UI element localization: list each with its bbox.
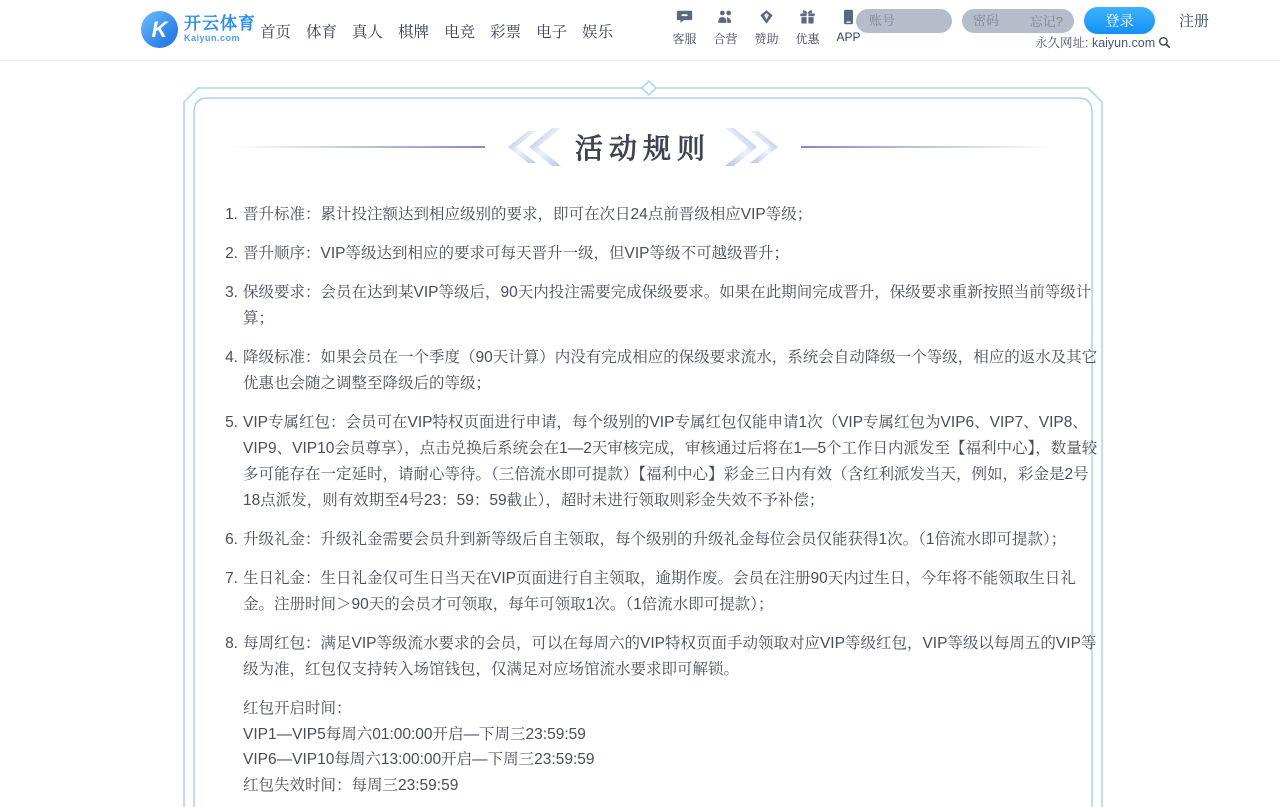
rule-item: 8. 每周红包：满足VIP等级流水要求的会员，可以在每周六的VIP特权页面手动领… xyxy=(218,631,1102,683)
rule-text: 晋升顺序：VIP等级达到相应的要求可每天晋升一级，但VIP等级不可越级晋升； xyxy=(243,241,1102,267)
rule-item: 6. 升级礼金：升级礼金需要会员升到新等级后自主领取，每个级别的升级礼金每位会员… xyxy=(218,527,1102,553)
rule-item: 1. 晋升标准：累计投注额达到相应级别的要求，即可在次日24点前晋级相应VIP等… xyxy=(218,202,1102,228)
logo-name: 开云体育 xyxy=(184,15,256,34)
permanent-url: 永久网址: kaiyun.com xyxy=(1035,33,1171,51)
nav-item[interactable]: 首页 xyxy=(260,20,291,42)
rule-number: 8. xyxy=(218,631,238,683)
sponsor-link[interactable]: 赞助 xyxy=(750,8,783,47)
rule-text: 降级标准：如果会员在一个季度（90天计算）内没有完成相应的保级要求流水，系统会自… xyxy=(243,345,1102,397)
nav-item[interactable]: 体育 xyxy=(306,20,337,42)
login-button[interactable]: 登录 xyxy=(1084,7,1155,34)
nav-item[interactable]: 电子 xyxy=(536,20,567,42)
schedule-line: VIP6—VIP10每周六13:00:00开启—下周三23:59:59 xyxy=(243,747,1102,773)
password-field[interactable]: 忘记? xyxy=(962,9,1074,33)
nav-item[interactable]: 娱乐 xyxy=(582,20,613,42)
nav-item[interactable]: 棋牌 xyxy=(398,20,429,42)
title-line-left xyxy=(233,146,485,148)
rule-number: 1. xyxy=(218,202,238,228)
rule-item: 2. 晋升顺序：VIP等级达到相应的要求可每天晋升一级，但VIP等级不可越级晋升… xyxy=(218,241,1102,267)
quick-links: 客服 合营 赞助 优惠 xyxy=(668,8,865,47)
diamond-icon xyxy=(757,8,776,26)
rule-text: 生日礼金：生日礼金仅可生日当天在VIP页面进行自主领取，逾期作废。会员在注册90… xyxy=(243,566,1102,618)
permanent-url-label: 永久网址: kaiyun.com xyxy=(1035,33,1155,51)
frame-diamond-ornament xyxy=(642,81,656,95)
register-button[interactable]: 注册 xyxy=(1165,6,1223,35)
double-chevron-right-icon xyxy=(724,126,788,168)
double-chevron-left-icon xyxy=(498,126,562,168)
rule-text: 保级要求：会员在达到某VIP等级后，90天内投注需要完成保级要求。如果在此期间完… xyxy=(243,280,1102,332)
magnifier-icon[interactable] xyxy=(1158,36,1171,49)
account-input[interactable] xyxy=(856,9,952,33)
password-input[interactable] xyxy=(973,13,1026,28)
rule-item: 4. 降级标准：如果会员在一个季度（90天计算）内没有完成相应的保级要求流水，系… xyxy=(218,345,1102,397)
promotions-link[interactable]: 优惠 xyxy=(791,8,824,47)
rule-item: 5. VIP专属红包：会员可在VIP特权页面进行申请，每个级别的VIP专属红包仅… xyxy=(218,410,1102,514)
rule-text: 升级礼金：升级礼金需要会员升到新等级后自主领取，每个级别的升级礼金每位会员仅能获… xyxy=(243,527,1102,553)
customer-service-link[interactable]: 客服 xyxy=(668,8,701,47)
rule-text: 每周红包：满足VIP等级流水要求的会员，可以在每周六的VIP特权页面手动领取对应… xyxy=(243,631,1102,683)
redpacket-schedule: 红包开启时间：VIP1—VIP5每周六01:00:00开启—下周三23:59:5… xyxy=(243,696,1102,798)
rules-content: 1. 晋升标准：累计投注额达到相应级别的要求，即可在次日24点前晋级相应VIP等… xyxy=(218,202,1102,798)
rule-text: VIP专属红包：会员可在VIP特权页面进行申请，每个级别的VIP专属红包仅能申请… xyxy=(243,410,1102,514)
nav-item[interactable]: 电竞 xyxy=(444,20,475,42)
chat-bubble-icon xyxy=(675,8,694,26)
rule-number: 5. xyxy=(218,410,238,514)
rule-item: 3. 保级要求：会员在达到某VIP等级后，90天内投注需要完成保级要求。如果在此… xyxy=(218,280,1102,332)
quick-link-label: 赞助 xyxy=(754,30,778,47)
quick-link-label: 合营 xyxy=(713,30,737,47)
rules-list: 1. 晋升标准：累计投注额达到相应级别的要求，即可在次日24点前晋级相应VIP等… xyxy=(218,202,1102,683)
title-line-right xyxy=(801,146,1053,148)
rule-number: 6. xyxy=(218,527,238,553)
quick-link-label: 优惠 xyxy=(795,30,819,47)
quick-link-label: 客服 xyxy=(672,30,696,47)
rule-number: 7. xyxy=(218,566,238,618)
rule-number: 3. xyxy=(218,280,238,332)
schedule-line: VIP1—VIP5每周六01:00:00开启—下周三23:59:59 xyxy=(243,722,1102,748)
site-logo[interactable]: K 开云体育 Kaiyun.com xyxy=(141,11,256,48)
nav-item[interactable]: 真人 xyxy=(352,20,383,42)
schedule-line: 红包失效时间：每周三23:59:59 xyxy=(243,773,1102,799)
nav-item[interactable]: 彩票 xyxy=(490,20,521,42)
rule-text: 晋升标准：累计投注额达到相应级别的要求，即可在次日24点前晋级相应VIP等级； xyxy=(243,202,1102,228)
top-header: K 开云体育 Kaiyun.com 首页体育真人棋牌电竞彩票电子娱乐 客服 合营 xyxy=(0,0,1280,61)
page-title: 活动规则 xyxy=(575,127,711,167)
logo-icon: K xyxy=(141,11,178,48)
main-nav: 首页体育真人棋牌电竞彩票电子娱乐 xyxy=(260,0,613,61)
forgot-password-link[interactable]: 忘记? xyxy=(1030,11,1063,30)
rule-number: 2. xyxy=(218,241,238,267)
logo-domain: Kaiyun.com xyxy=(184,34,256,44)
people-icon xyxy=(716,8,735,26)
login-area: 忘记? 登录 注册 xyxy=(856,6,1223,35)
schedule-line: 红包开启时间： xyxy=(243,696,1102,722)
rule-item: 7. 生日礼金：生日礼金仅可生日当天在VIP页面进行自主领取，逾期作废。会员在注… xyxy=(218,566,1102,618)
gift-icon xyxy=(798,8,817,26)
title-row: 活动规则 xyxy=(184,126,1102,168)
partnership-link[interactable]: 合营 xyxy=(709,8,742,47)
rule-number: 4. xyxy=(218,345,238,397)
